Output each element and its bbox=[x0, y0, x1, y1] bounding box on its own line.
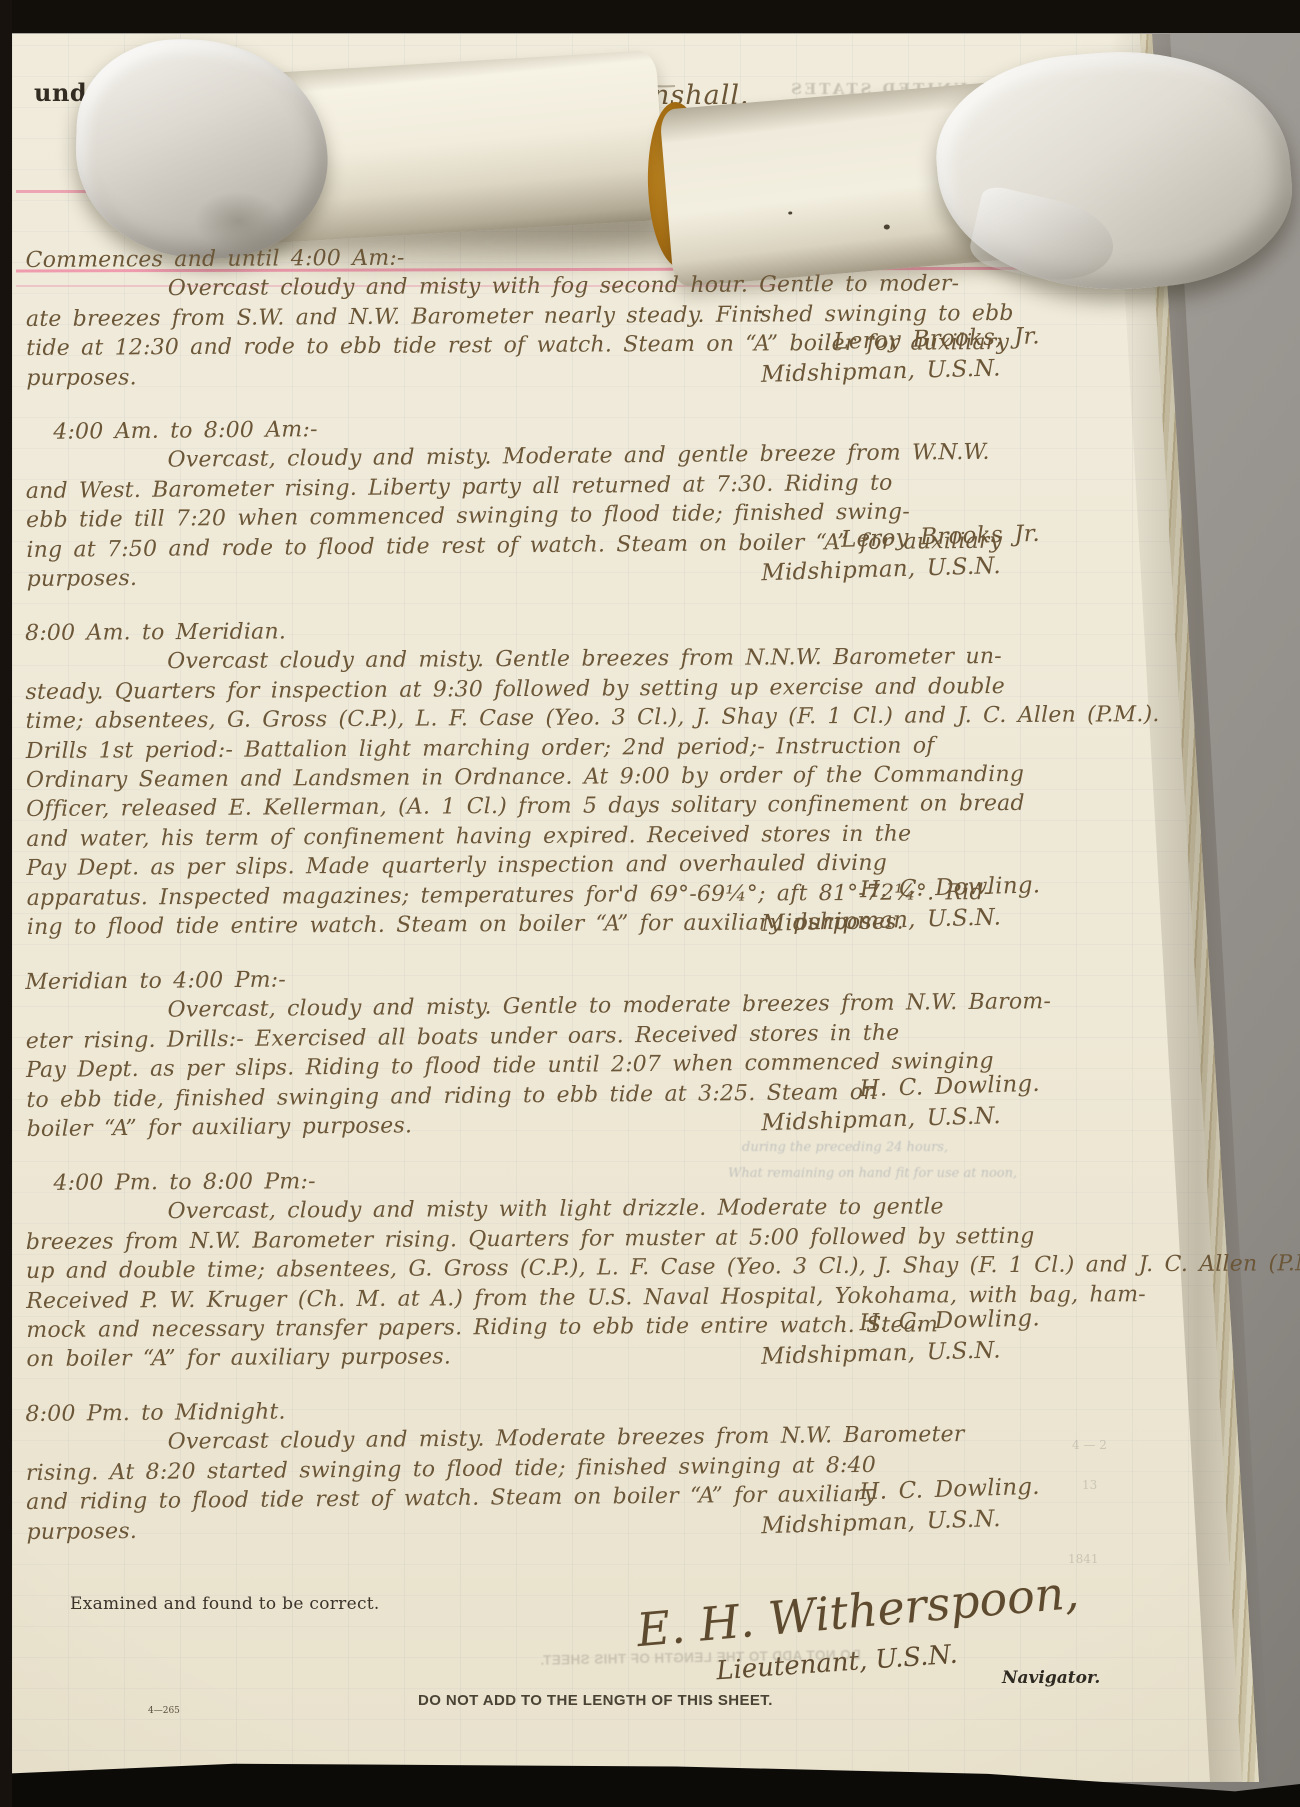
ghost-bleed-number: 4 — 2 bbox=[1072, 1438, 1107, 1452]
ghost-bleed-line: during the preceding 24 hours, bbox=[742, 1140, 948, 1155]
printed-navigator-label: Navigator. bbox=[1002, 1668, 1100, 1688]
photo-frame-top bbox=[0, 0, 1300, 33]
ghost-bleed-number: 13 bbox=[1082, 1478, 1097, 1492]
photo-frame-left bbox=[0, 0, 12, 1807]
examined-statement: Examined and found to be correct. bbox=[70, 1594, 380, 1614]
log-entry: 8:00 Am. to Meridian.Overcast cloudy and… bbox=[25, 613, 1149, 949]
do-not-add-instruction: DO NOT ADD TO THE LENGTH OF THIS SHEET. bbox=[418, 1692, 773, 1709]
log-entry: 4:00 Pm. to 8:00 Pm:-Overcast, cloudy an… bbox=[25, 1163, 1148, 1382]
ghost-bleed-number: 1841 bbox=[1068, 1552, 1099, 1566]
log-entries: Commences and until 4:00 Am:-Overcast cl… bbox=[26, 246, 1148, 1572]
log-entry: 4:00 Am. to 8:00 Am:-Overcast, cloudy an… bbox=[25, 407, 1149, 600]
form-number: 4—265 bbox=[148, 1706, 180, 1716]
log-entry: Commences and until 4:00 Am:-Overcast cl… bbox=[26, 239, 1149, 399]
photographed-logbook-page: under UNITED STATES nshall. , U. S. Navy… bbox=[0, 0, 1300, 1807]
ghost-bleed-line: What remaining on hand fit for use at no… bbox=[728, 1166, 1017, 1181]
log-entry: 8:00 Pm. to Midnight.Overcast cloudy and… bbox=[25, 1389, 1148, 1553]
log-entry: Meridian to 4:00 Pm:-Overcast, cloudy an… bbox=[25, 957, 1149, 1150]
